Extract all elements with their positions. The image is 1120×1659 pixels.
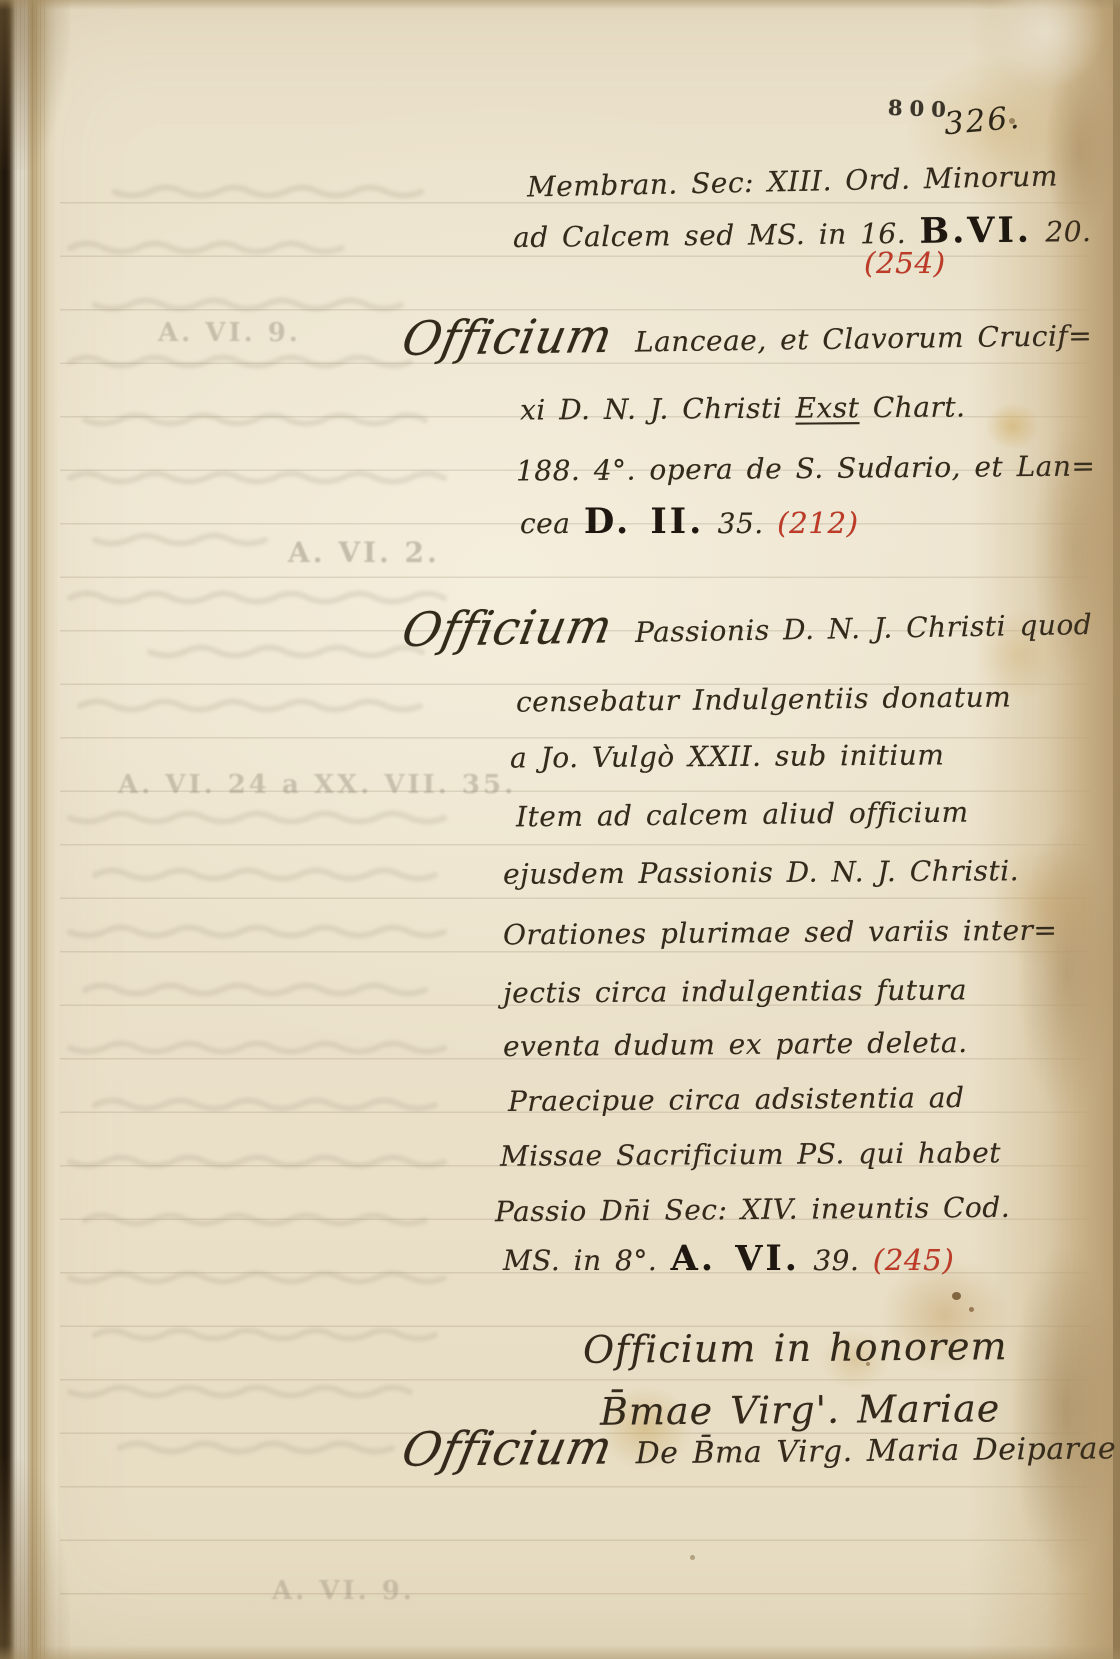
ghost-writing-line — [70, 1044, 444, 1052]
text-segment: Item ad calcem aliud officium — [516, 796, 969, 834]
entry-line: ejusdem Passionis D. N. J. Christi. — [503, 854, 1019, 891]
ghost-writing-line — [95, 301, 401, 309]
ghost-writing-line — [70, 358, 410, 366]
text-segment: Orationes plurimae sed variis inter= — [503, 914, 1058, 952]
entry-line: 188. 4°. opera de S. Sudario, et Lan= — [516, 449, 1096, 487]
text-segment: MS. in 8°. — [503, 1244, 671, 1277]
entry-line: censebatur Indulgentiis donatum — [516, 680, 1012, 718]
text-segment: (245) — [873, 1243, 955, 1277]
entry-line: Passio Dn̄i Sec: XIV. ineuntis Cod. — [495, 1191, 1010, 1228]
section-heading-line: Officium in honorem — [583, 1324, 1008, 1372]
ghost-writing-line — [95, 1331, 435, 1339]
ghost-mark: A. VI. 2. — [288, 536, 440, 569]
ghost-writing-line — [150, 648, 422, 656]
ghost-writing-line — [95, 536, 265, 544]
ghost-writing-line — [70, 594, 444, 602]
text-segment: Chart. — [859, 390, 965, 424]
text-segment: Officium — [399, 608, 615, 649]
entry-line: jectis circa indulgentias futura — [503, 973, 967, 1009]
ghost-writing-line — [115, 188, 421, 196]
text-segment: Passio Dn̄i Sec: XIV. ineuntis Cod. — [495, 1191, 1010, 1228]
entry-line: Praecipue circa adsistentia ad — [508, 1081, 965, 1118]
entry-line: MS. in 8°. A. VI. 39. (245) — [503, 1238, 954, 1279]
ghost-writing-line — [95, 871, 435, 879]
entry-line: eventa dudum ex parte deleta. — [503, 1026, 968, 1063]
text-segment: xi D. N. J. Christi — [520, 392, 796, 427]
text-segment: ejusdem Passionis D. N. J. Christi. — [503, 854, 1019, 891]
ghost-writing-line — [70, 1388, 410, 1396]
text-segment: Officium in honorem — [583, 1324, 1008, 1372]
ghost-writing-line — [85, 416, 425, 424]
text-segment: Officium — [399, 318, 615, 359]
ghost-writing-line — [70, 474, 444, 482]
text-segment: (254) — [864, 246, 946, 280]
text-segment: cea — [520, 507, 584, 540]
entry-line: (254) — [864, 246, 946, 280]
text-segment: 39. — [800, 1244, 873, 1277]
ghost-writing-line — [80, 702, 420, 710]
text-segment: censebatur Indulgentiis donatum — [516, 680, 1012, 718]
text-segment: ad Calcem sed MS. in 16. — [513, 217, 920, 254]
entry-line: a Jo. Vulgò XXII. sub initium — [510, 738, 945, 774]
ghost-writing-line — [70, 244, 342, 252]
entry-line: Orationes plurimae sed variis inter= — [503, 914, 1058, 952]
ghost-mark: A. VI. 9. — [272, 1576, 415, 1606]
ghost-writing-line — [95, 1101, 435, 1109]
text-segment: a Jo. Vulgò XXII. sub initium — [510, 738, 945, 774]
page-number: 326. — [943, 100, 1023, 143]
ghost-writing-line — [85, 986, 425, 994]
ghost-writing-line — [70, 1274, 444, 1282]
ghost-writing-line — [70, 814, 444, 822]
ghost-writing-line — [70, 928, 444, 936]
text-segment: Exst — [795, 391, 859, 424]
text-segment: 20. — [1032, 215, 1092, 249]
text-segment: (212) — [777, 506, 859, 540]
ghost-writing-line — [120, 1444, 392, 1452]
text-segment: eventa dudum ex parte deleta. — [503, 1026, 968, 1063]
ghost-mark: A. VI. 9. — [158, 318, 301, 348]
text-segment: Praecipue circa adsistentia ad — [508, 1081, 965, 1118]
entry-line: Missae Sacrificium PS. qui habet — [500, 1136, 1001, 1172]
entry-line: Officium De B̄ma Virg. Maria Deiparae — [403, 1424, 1117, 1473]
ghost-mark: A. VI. 24 a XX. VII. 35. — [118, 770, 516, 800]
entry-line: Item ad calcem aliud officium — [516, 796, 969, 834]
entry-line: cea D. II. 35. (212) — [520, 501, 859, 542]
ghost-writing-line — [70, 1158, 444, 1166]
entry-line: xi D. N. J. Christi Exst Chart. — [520, 390, 966, 426]
text-segment: Lanceae, et Clavorum Crucif= — [621, 319, 1092, 359]
text-segment: Officium — [399, 1430, 615, 1470]
text-segment: De B̄ma Virg. Maria Deiparae — [621, 1431, 1116, 1471]
manuscript-page: A. VI. 9. A. VI. 2. A. VI. 24 a XX. VII.… — [0, 0, 1120, 1659]
text-segment: jectis circa indulgentias futura — [503, 973, 967, 1009]
text-segment: 188. 4°. opera de S. Sudario, et Lan= — [516, 449, 1096, 487]
text-segment: D. II. — [584, 501, 704, 542]
text-segment: Missae Sacrificium PS. qui habet — [500, 1136, 1001, 1172]
entry-line: ad Calcem sed MS. in 16. B.VI. 20. — [513, 209, 1092, 256]
text-segment: 35. — [704, 507, 777, 540]
text-segment: A. VI. — [671, 1238, 800, 1279]
ghost-writing-line — [85, 1216, 425, 1224]
